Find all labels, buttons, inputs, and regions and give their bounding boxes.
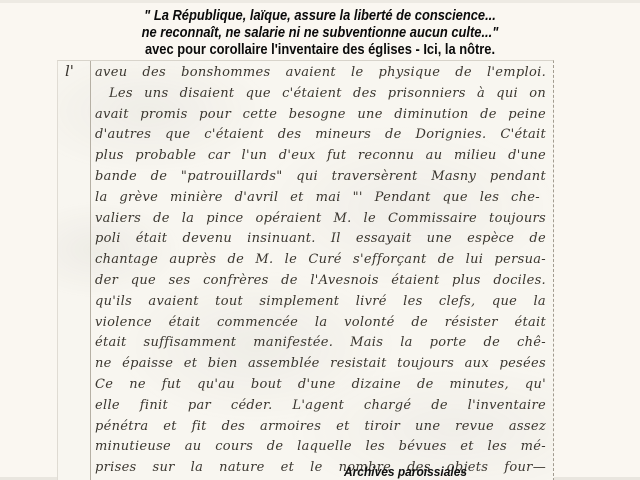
manuscript-line: elle finit par céder. L'agent chargé de … [95, 396, 546, 417]
quote-line-2: ne reconnaît, ne salarie ni ne subventio… [45, 24, 595, 41]
manuscript-line: der que ses confrères de l'Avesnois étai… [95, 271, 546, 292]
manuscript-line: plus probable car l'un d'eux fut reconnu… [95, 146, 546, 167]
manuscript-line: chantage auprès de M. le Curé s'efforçan… [95, 250, 546, 271]
manuscript-line: qu'ils avaient tout simplement livré les… [95, 292, 546, 313]
manuscript-line: pénétra et fit des armoires et tiroir un… [95, 417, 546, 438]
manuscript-line: bande de "patrouillards" qui traversèren… [95, 167, 546, 188]
manuscript-line: était suffisamment manifestée. Mais la p… [95, 333, 546, 354]
manuscript-scan: l' aveu des bonshommes avaient le physiq… [57, 60, 554, 480]
archives-caption: Archives paroissiales [344, 464, 532, 479]
subtitle-line: avec pour corollaire l'inventaire des ég… [45, 41, 595, 58]
manuscript-line: d'autres que c'étaient des mineurs de Do… [95, 125, 546, 146]
manuscript-line: aveu des bonshommes avaient le physique … [95, 63, 546, 84]
manuscript-line: violence était commencée la volonté de r… [95, 313, 546, 334]
manuscript-text-block: aveu des bonshommes avaient le physique … [95, 63, 546, 480]
presentation-slide: " La République, laïque, assure la liber… [0, 0, 640, 480]
manuscript-line: Ce ne fut qu'au bout d'une dizaine de mi… [95, 375, 546, 396]
manuscript-line: avait promis pour cette besogne une dimi… [95, 105, 546, 126]
manuscript-line: poli était devenu insinuant. Il essayait… [95, 229, 546, 250]
slide-header: " La République, laïque, assure la liber… [0, 7, 640, 58]
margin-rule-line [90, 61, 91, 480]
quote-line-1: " La République, laïque, assure la liber… [45, 7, 595, 24]
manuscript-line: Les uns disaient que c'étaient des priso… [95, 84, 546, 105]
manuscript-line: minutieuse au cours de laquelle les bévu… [95, 437, 546, 458]
manuscript-line: la grève minière d'avril et mai "' Penda… [95, 188, 546, 209]
manuscript-line: ne épaisse et bien assemblée resistait t… [95, 354, 546, 375]
manuscript-line: valiers de la pince opéraient M. le Comm… [95, 209, 546, 230]
margin-note: l' [65, 62, 74, 80]
